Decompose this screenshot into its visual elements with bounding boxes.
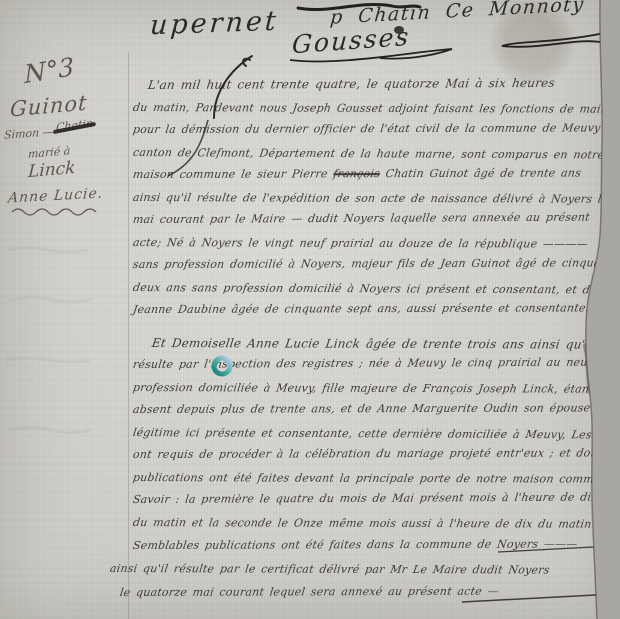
- body-line: ont requis de procéder à la célébration …: [132, 446, 620, 461]
- body-line: du matin et la seconde le Onze même mois…: [132, 516, 592, 531]
- body-line: publications ont été faites devant la pr…: [132, 471, 616, 486]
- body-line: Semblables publications ont été faites d…: [132, 537, 578, 552]
- body-line-pre: maison commune le sieur Pierre: [132, 167, 334, 181]
- body-line: pour la démission du dernier officier de…: [132, 121, 601, 136]
- body-line: canton de Clefmont, Département de la ha…: [132, 146, 605, 161]
- body-line: maison commune le sieur Pierre françois …: [132, 166, 582, 181]
- margin-rule-line: [128, 52, 129, 619]
- body-line-post: Chatin Guinot âgé de trente ans: [379, 166, 582, 180]
- body-line: Savoir : la première le quatre du mois d…: [132, 491, 598, 506]
- body-line: ainsi qu'il résulte par le certificat dé…: [109, 562, 550, 577]
- margin-bride-surname: Linck: [28, 158, 76, 182]
- margin-struck-name: Chatin: [56, 117, 93, 135]
- body-line: L'an mil huit cent trente quatre, le qua…: [147, 76, 556, 92]
- body-line: profession domiciliée à Meuvy, fille maj…: [132, 381, 595, 396]
- body-line: sans profession domicilié à Noyers, maje…: [132, 256, 620, 271]
- margin-bride-firstname: Anne Lucie.: [7, 185, 104, 206]
- body-line: Et Demoiselle Anne Lucie Linck âgée de t…: [151, 336, 594, 352]
- margin-act-number: N°3: [24, 52, 75, 89]
- body-line-struck: françois: [332, 167, 380, 180]
- margin-groom-surname: Guinot: [10, 91, 89, 122]
- margin-wavy-underline: [12, 209, 96, 215]
- bleed-through-ghost: [6, 248, 94, 433]
- signature-gousset: Gousses: [291, 22, 411, 59]
- body-line: Jeanne Daubine âgée de cinquante sept an…: [132, 301, 607, 316]
- body-line: légitime ici présente et consentante, ce…: [132, 426, 620, 442]
- struck-word: Chatin: [56, 117, 93, 135]
- body-line: résulte par l'inspection des registres ;…: [132, 355, 620, 371]
- body-line: du matin, Pardevant nous Joseph Gousset …: [132, 101, 614, 116]
- margin-groom-firstname: Simon —: [4, 125, 54, 142]
- body-line: absent depuis plus de trente ans, et de …: [132, 401, 591, 416]
- body-line: ainsi qu'il résulte de l'expédition de s…: [132, 191, 620, 206]
- body-line: mai courant par le Maire — dudit Noyers …: [132, 211, 591, 226]
- document-page[interactable]: p Chatin Ce Monnoty upernet Gousses N°3 …: [0, 0, 620, 619]
- body-line: acte; Né à Noyers le vingt neuf prairial…: [132, 236, 589, 251]
- signature-dupernet: upernet: [149, 6, 280, 42]
- body-line: deux ans sans profession domicilié à Noy…: [132, 281, 620, 297]
- body-line: le quatorze mai courant lequel sera anne…: [119, 585, 500, 599]
- click-indicator-ring: [209, 353, 235, 379]
